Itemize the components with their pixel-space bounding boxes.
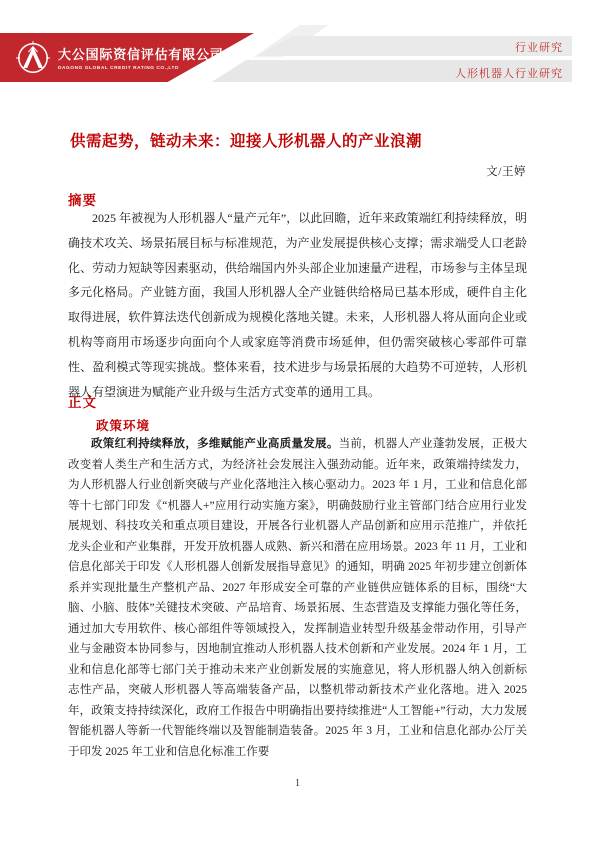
company-name-en: DAGONG GLOBAL CREDIT RATING CO.,LTD bbox=[58, 66, 224, 71]
company-names: 大公国际资信评估有限公司 DAGONG GLOBAL CREDIT RATING… bbox=[58, 44, 224, 71]
company-name-zh: 大公国际资信评估有限公司 bbox=[58, 44, 224, 63]
article-title: 供需起势，链动未来：迎接人形机器人的产业浪潮 bbox=[70, 129, 540, 151]
report-page: 大公国际资信评估有限公司 DAGONG GLOBAL CREDIT RATING… bbox=[0, 0, 595, 841]
page-number: 1 bbox=[0, 778, 595, 789]
policy-paragraph: 政策红利持续释放，多维赋能产业高质量发展。当前，机器人产业蓬勃发展，正极大改变着… bbox=[68, 434, 527, 762]
body-heading: 正文 bbox=[68, 391, 97, 411]
company-logo-icon bbox=[15, 40, 51, 76]
report-subtype-label: 人形机器人行业研究 bbox=[455, 68, 563, 80]
paragraph-text: 当前，机器人产业蓬勃发展，正极大改变着人类生产和生活方式，为经济社会发展注入强劲… bbox=[68, 438, 527, 758]
abstract-paragraph: 2025 年被视为人形机器人“量产元年”，以此回瞻，近年来政策端红利持续释放，明… bbox=[68, 206, 527, 404]
section-heading-policy: 政策环境 bbox=[96, 416, 150, 434]
byline: 文/王婷 bbox=[486, 163, 526, 179]
company-banner: 大公国际资信评估有限公司 DAGONG GLOBAL CREDIT RATING… bbox=[0, 33, 254, 82]
paragraph-lead: 政策红利持续释放，多维赋能产业高质量发展。 bbox=[91, 438, 339, 450]
report-type-label: 行业研究 bbox=[515, 42, 563, 54]
